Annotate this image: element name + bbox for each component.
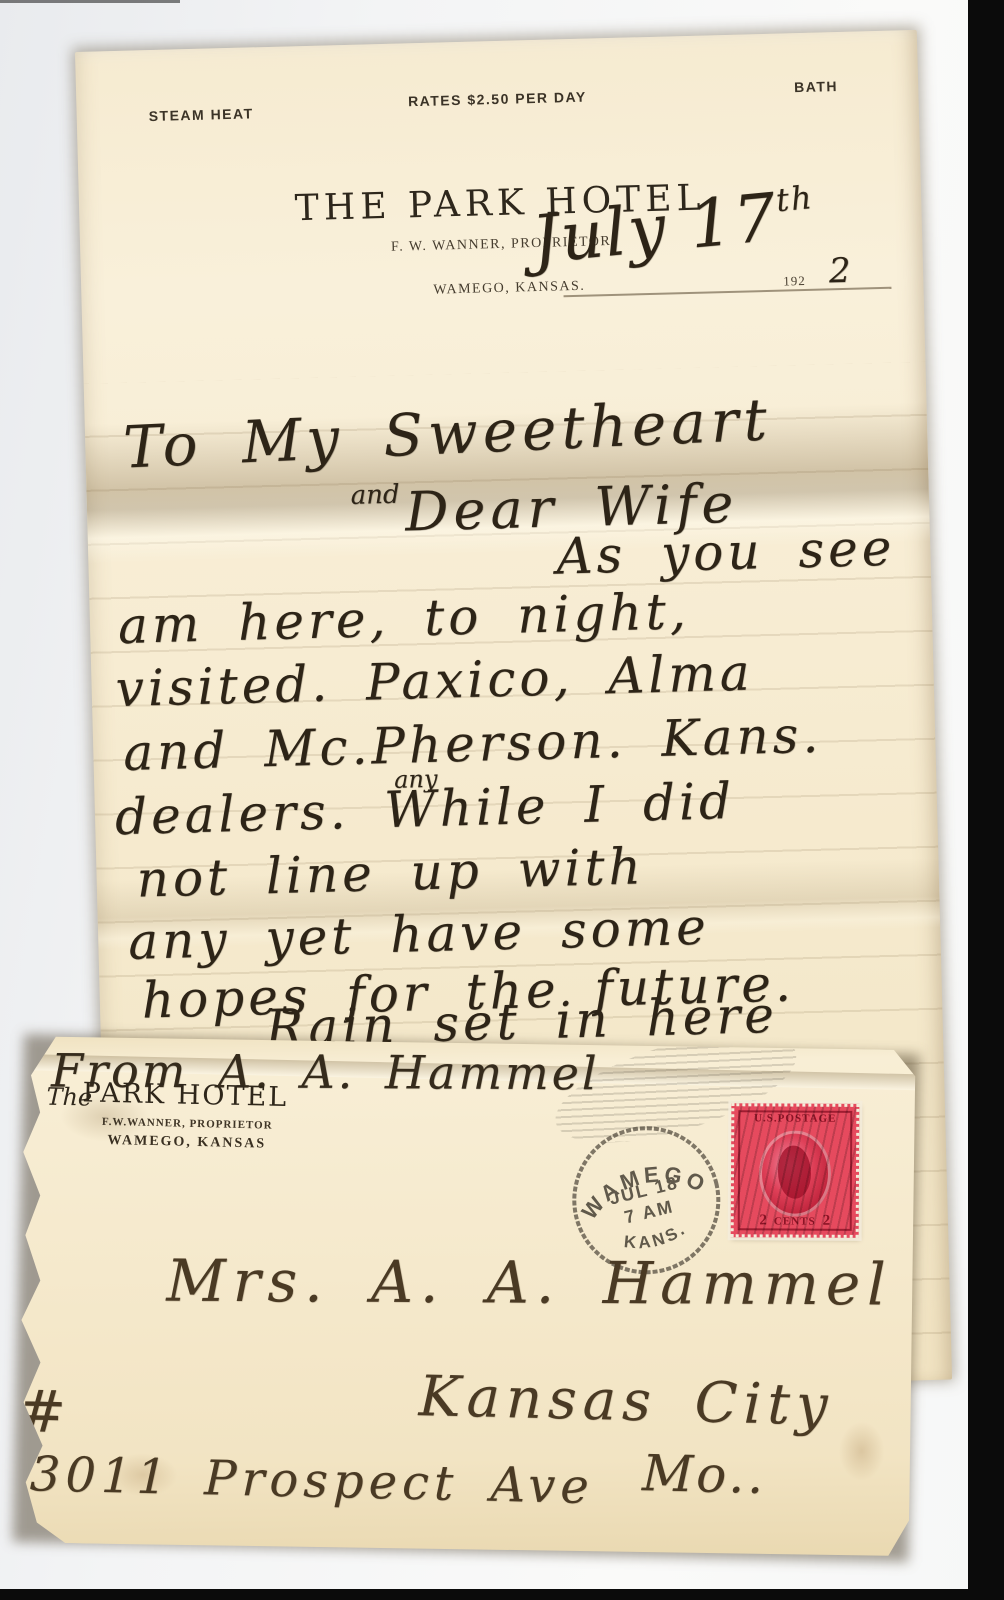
address-line-street: 3011 Prospect Ave	[29, 1450, 594, 1511]
handwritten-date-suffix: th	[774, 178, 815, 219]
paper-stain	[838, 1421, 885, 1482]
scan-black-edge-bottom	[0, 1589, 1004, 1600]
scan-black-edge-top	[0, 0, 180, 3]
body-line: As you see	[556, 523, 896, 582]
stamp-cancellation-marks	[734, 1106, 857, 1235]
body-inserted-word: any	[394, 767, 438, 792]
scanned-letter-and-envelope: STEAM HEAT RATES $2.50 PER DAY BATH THE …	[0, 0, 1004, 1600]
return-printed-city: WAMEGO, KANSAS	[107, 1133, 266, 1153]
body-line: any yet have some	[128, 902, 711, 967]
handwritten-year-digit: 2	[829, 254, 852, 289]
salutation-inserted-word: and	[350, 482, 400, 509]
body-line: and Mc.Pherson. Kans.	[123, 710, 823, 778]
return-printed-proprietor: F.W.WANNER, PROPRIETOR	[102, 1116, 273, 1132]
scan-black-edge-right	[968, 0, 1004, 1600]
address-line-city: Kansas City	[418, 1369, 834, 1434]
letterhead-year-printed: 192	[783, 273, 806, 290]
salutation-line-1: To My Sweetheart	[122, 390, 773, 476]
letterhead-amenity-right: BATH	[794, 78, 838, 95]
body-line: not line up with	[136, 841, 645, 904]
return-printed-hotel: PARK HOTEL	[82, 1077, 288, 1113]
postage-stamp: U.S.POSTAGE 2 CENTS 2	[731, 1103, 860, 1238]
address-line-state: Mo..	[642, 1448, 767, 1501]
letterhead-rates: RATES $2.50 PER DAY	[76, 80, 918, 118]
body-line: visited. Paxico, Alma	[115, 647, 754, 714]
envelope: From A. A. Hammel The PARK HOTEL F.W.WAN…	[10, 1030, 921, 1562]
body-line: am here, to night,	[117, 586, 690, 651]
address-line-recipient: Mrs. A. A. Hammel	[166, 1252, 893, 1314]
